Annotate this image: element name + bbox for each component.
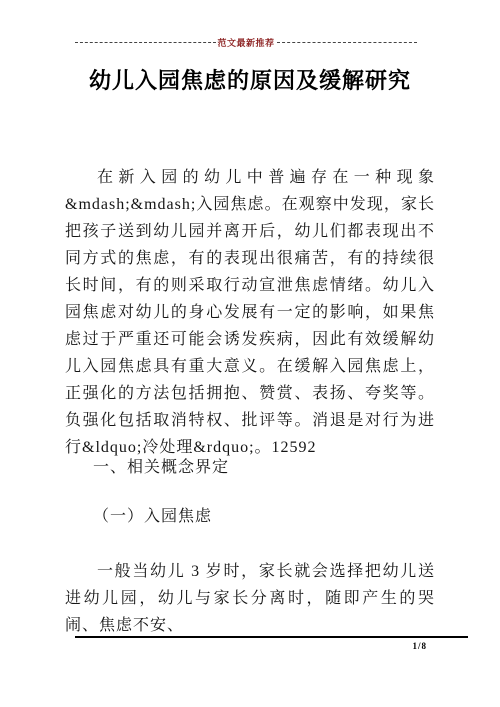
document-page: 范文最新推荐 幼儿入园焦虑的原因及缓解研究 在新入园的幼儿中普遍存在一种现象&m…: [0, 0, 500, 707]
page-header: 范文最新推荐: [75, 36, 417, 49]
header-divider-left: [75, 42, 216, 43]
footer-divider: [75, 636, 468, 638]
page-number-indicator: 1/8: [412, 641, 427, 651]
header-label: 范文最新推荐: [216, 36, 277, 49]
document-title: 幼儿入园焦虑的原因及缓解研究: [0, 64, 500, 95]
section-heading-concepts: 一、相关概念界定: [65, 454, 463, 481]
body-paragraph-intro: 在新入园的幼儿中普遍存在一种现象&mdash;&mdash;入园焦虑。在观察中发…: [65, 164, 435, 461]
subsection-heading-entry-anxiety: （一）入园焦虑: [65, 503, 463, 530]
header-divider-right: [277, 42, 418, 43]
body-paragraph-definition: 一般当幼儿 3 岁时，家长就会选择把幼儿送进幼儿园，幼儿与家长分离时，随即产生的…: [65, 558, 435, 639]
